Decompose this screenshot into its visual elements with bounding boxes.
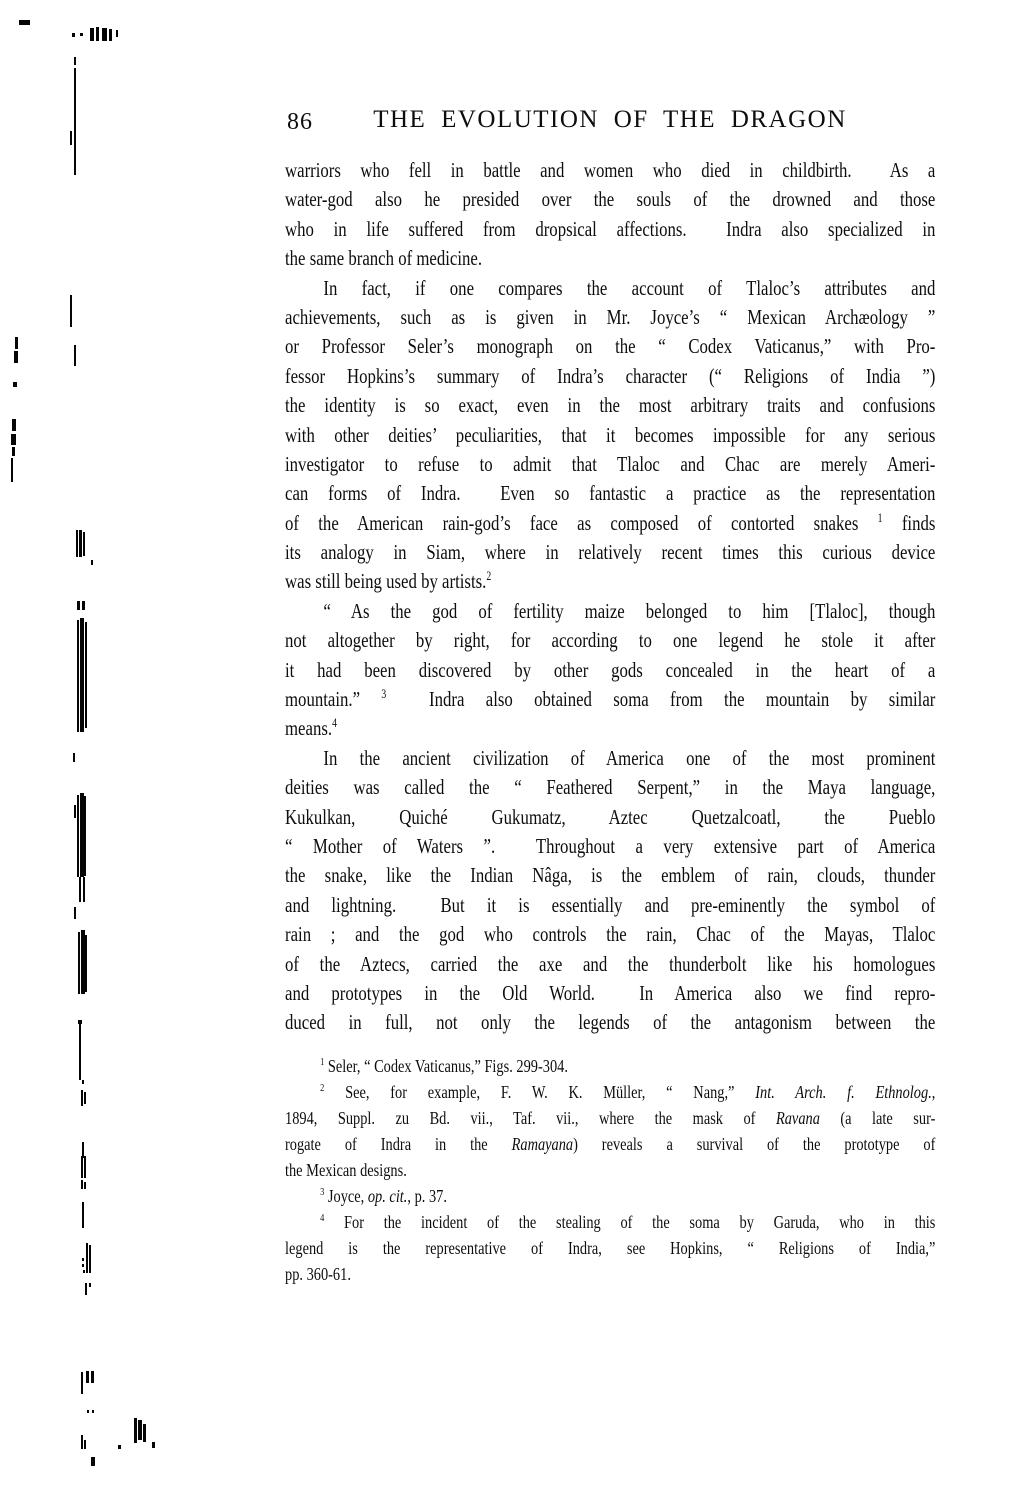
text-segment: of the American rain-god’s face as compo…: [285, 511, 878, 535]
scan-artifact: [19, 20, 30, 25]
scan-artifact: [77, 620, 79, 732]
para: “ As the god of fertility maize belonged…: [285, 597, 935, 744]
text-line: 3 Joyce, op. cit., p. 37.: [285, 1183, 935, 1209]
text-segment: For the incident of the stealing of the …: [324, 1212, 935, 1232]
scan-artifact: [74, 57, 76, 65]
text-segment: was still being used by artists.: [285, 569, 486, 593]
scan-artifact: [83, 1270, 85, 1273]
scan-artifact: [74, 345, 76, 366]
text-column: warriors who fell in battle and women wh…: [285, 156, 935, 1287]
text-line: and lightning. But it is essentially and…: [285, 891, 935, 920]
page-title: THE EVOLUTION OF THE DRAGON: [285, 106, 935, 134]
scan-artifact: [11, 458, 13, 482]
scan-artifact: [92, 1410, 94, 1413]
text-segment: mountain.”: [285, 687, 381, 711]
text-segment: In fact, if one compares the account of …: [323, 276, 935, 300]
text-line: with other deities’ peculiarities, that …: [285, 421, 935, 450]
text-segment: duced in full, not only the legends of t…: [285, 1010, 935, 1034]
scan-artifact: [70, 295, 72, 327]
text-line: the identity is so exact, even in the mo…: [285, 391, 935, 420]
text-segment: Indra also obtained soma from the mounta…: [386, 687, 935, 711]
text-line: fessor Hopkins’s summary of Indra’s char…: [285, 362, 935, 391]
scan-artifact: [116, 30, 118, 37]
text-segment: it had been discovered by other gods con…: [285, 658, 935, 682]
text-segment: ,: [932, 1082, 936, 1102]
text-line: was still being used by artists.2: [285, 567, 935, 596]
scan-artifact: [79, 1022, 81, 1080]
scan-artifact: [87, 1410, 89, 1413]
text-line: “ Mother of Waters ”. Throughout a very …: [285, 832, 935, 861]
scan-artifact: [80, 618, 84, 732]
scan-artifact: [82, 1258, 84, 1261]
scan-artifact: [72, 33, 75, 37]
footnote: 3 Joyce, op. cit., p. 37.: [285, 1183, 935, 1209]
text-segment: In the ancient civilization of America o…: [323, 746, 935, 770]
text-line: 1894, Suppl. zu Bd. vii., Taf. vii., whe…: [285, 1105, 935, 1131]
scan-artifact: [79, 530, 82, 557]
text-segment: water-god also he presided over the soul…: [285, 187, 935, 211]
scan-artifact: [90, 28, 94, 41]
para: In the ancient civilization of America o…: [285, 744, 935, 1038]
text-line: investigator to refuse to admit that Tla…: [285, 450, 935, 479]
scan-artifact: [84, 1092, 86, 1104]
text-segment: Joyce,: [324, 1186, 368, 1206]
text-segment: achievements, such as is given in Mr. Jo…: [285, 305, 935, 329]
scan-artifact: [73, 753, 75, 762]
scan-artifact: [78, 932, 80, 994]
scan-artifact: [89, 1245, 91, 1273]
scan-artifact: [80, 33, 83, 36]
text-segment: fessor Hopkins’s summary of Indra’s char…: [285, 364, 935, 388]
scan-artifact: [76, 530, 78, 557]
text-line: the snake, like the Indian Nâga, is the …: [285, 861, 935, 890]
text-segment: investigator to refuse to admit that Tla…: [285, 452, 935, 476]
italic-text: Int. Arch. f. Ethnolog.: [755, 1082, 932, 1102]
scan-artifact: [84, 1182, 86, 1189]
italic-text: Ravana: [776, 1108, 820, 1128]
text-segment: with other deities’ peculiarities, that …: [285, 423, 935, 447]
scan-artifact: [74, 68, 76, 175]
scan-artifact: [82, 1264, 84, 1267]
text-segment: warriors who fell in battle and women wh…: [285, 158, 935, 182]
footnotes: 1 Seler, “ Codex Vaticanus,” Figs. 299-3…: [285, 1053, 935, 1287]
text-line: legend is the representative of Indra, s…: [285, 1235, 935, 1261]
text-line: or Professor Seler’s monograph on the “ …: [285, 332, 935, 361]
scan-artifact: [91, 1457, 95, 1466]
footnote-marker: 4: [332, 716, 337, 730]
scan-artifact: [138, 1420, 142, 1440]
text-line: can forms of Indra. Even so fantastic a …: [285, 479, 935, 508]
text-line: In fact, if one compares the account of …: [285, 274, 935, 303]
scan-artifact: [70, 131, 72, 145]
scan-artifact: [91, 1371, 94, 1383]
scan-artifact: [85, 622, 87, 728]
scan-artifact: [96, 27, 99, 41]
scan-artifact: [134, 1418, 137, 1443]
scan-artifact: [15, 337, 18, 349]
scan-artifact: [152, 1442, 155, 1448]
scan-artifact: [14, 351, 18, 363]
text-segment: Kukulkan, Quiché Gukumatz, Aztec Quetzal…: [285, 805, 935, 829]
text-segment: 1894, Suppl. zu Bd. vii., Taf. vii., whe…: [285, 1108, 776, 1128]
scan-artifact: [74, 907, 76, 919]
footnote: 1 Seler, “ Codex Vaticanus,” Figs. 299-3…: [285, 1053, 935, 1079]
text-segment: finds: [883, 511, 936, 535]
text-segment: ) reveals a survival of the prototype of: [573, 1134, 935, 1154]
scan-artifact: [74, 805, 76, 818]
text-segment: rain ; and the god who controls the rain…: [285, 922, 935, 946]
scan-artifact: [86, 1243, 88, 1273]
text-line: pp. 360-61.: [285, 1261, 935, 1287]
text-segment: See, for example, F. W. K. Müller, “ Nan…: [324, 1082, 755, 1102]
text-line: and prototypes in the Old World. In Amer…: [285, 979, 935, 1008]
scan-artifact: [102, 28, 107, 41]
text-line: of the American rain-god’s face as compo…: [285, 509, 935, 538]
text-segment: Seler, “ Codex Vaticanus,” Figs. 299-304…: [324, 1056, 568, 1076]
scanned-book-page: 86 THE EVOLUTION OF THE DRAGON warriors …: [0, 0, 1015, 1493]
text-segment: , p. 37.: [407, 1186, 447, 1206]
text-line: 1 Seler, “ Codex Vaticanus,” Figs. 299-3…: [285, 1053, 935, 1079]
scan-artifact: [85, 935, 87, 992]
scan-artifact: [77, 795, 79, 877]
scan-artifact: [109, 29, 112, 41]
text-segment: or Professor Seler’s monograph on the “ …: [285, 334, 935, 358]
scan-artifact: [91, 560, 93, 565]
text-line: mountain.” 3 Indra also obtained soma fr…: [285, 685, 935, 714]
text-line: of the Aztecs, carried the axe and the t…: [285, 950, 935, 979]
text-segment: who in life suffered from dropsical affe…: [285, 217, 935, 241]
text-segment: rogate of Indra in the: [285, 1134, 512, 1154]
text-segment: of the Aztecs, carried the axe and the t…: [285, 952, 935, 976]
text-segment: the snake, like the Indian Nâga, is the …: [285, 863, 935, 887]
scan-artifact: [83, 532, 85, 556]
scan-artifact: [79, 877, 81, 902]
text-segment: the Mexican designs.: [285, 1160, 407, 1180]
scan-artifact: [77, 601, 80, 610]
text-segment: “ As the god of fertility maize belonged…: [323, 599, 935, 623]
text-segment: and prototypes in the Old World. In Amer…: [285, 981, 935, 1005]
text-segment: (a late sur-: [820, 1108, 935, 1128]
text-line: deities was called the “ Feathered Serpe…: [285, 773, 935, 802]
text-line: In the ancient civilization of America o…: [285, 744, 935, 773]
scan-artifact: [83, 877, 85, 902]
text-line: “ As the god of fertility maize belonged…: [285, 597, 935, 626]
text-segment: the same branch of medicine.: [285, 246, 482, 270]
text-line: duced in full, not only the legends of t…: [285, 1008, 935, 1037]
text-line: water-god also he presided over the soul…: [285, 185, 935, 214]
text-segment: pp. 360-61.: [285, 1264, 351, 1284]
scan-artifact: [84, 796, 86, 876]
text-segment: not altogether by right, for according t…: [285, 628, 935, 652]
scan-artifact: [85, 1283, 87, 1295]
scan-artifact: [82, 1202, 84, 1228]
scan-artifact: [118, 1445, 121, 1449]
text-segment: deities was called the “ Feathered Serpe…: [285, 775, 935, 799]
scan-artifact: [81, 1090, 83, 1106]
page-header: 86 THE EVOLUTION OF THE DRAGON: [285, 106, 935, 140]
text-line: the same branch of medicine.: [285, 244, 935, 273]
scan-artifact: [13, 382, 17, 387]
text-segment: the identity is so exact, even in the mo…: [285, 393, 935, 417]
text-line: warriors who fell in battle and women wh…: [285, 156, 935, 185]
text-line: 4 For the incident of the stealing of th…: [285, 1209, 935, 1235]
text-line: rogate of Indra in the Ramayana) reveals…: [285, 1131, 935, 1157]
text-line: the Mexican designs.: [285, 1157, 935, 1183]
italic-text: op. cit.: [368, 1186, 408, 1206]
para: In fact, if one compares the account of …: [285, 274, 935, 597]
scan-artifact: [81, 1180, 83, 1189]
text-line: not altogether by right, for according t…: [285, 626, 935, 655]
scan-artifact: [12, 419, 16, 431]
scan-artifact: [81, 1372, 83, 1394]
italic-text: Ramayana: [512, 1134, 574, 1154]
text-segment: legend is the representative of Indra, s…: [285, 1238, 935, 1258]
footnote: 4 For the incident of the stealing of th…: [285, 1209, 935, 1287]
para: warriors who fell in battle and women wh…: [285, 156, 935, 274]
text-line: who in life suffered from dropsical affe…: [285, 215, 935, 244]
scan-artifact: [82, 601, 85, 610]
text-segment: means.: [285, 716, 332, 740]
scan-artifact: [11, 434, 16, 445]
text-segment: and lightning. But it is essentially and…: [285, 893, 935, 917]
text-line: means.4: [285, 714, 935, 743]
scan-artifact: [82, 1080, 84, 1084]
footnote: 2 See, for example, F. W. K. Müller, “ N…: [285, 1079, 935, 1183]
scan-artifact: [143, 1424, 146, 1442]
scan-artifact: [84, 1440, 86, 1449]
text-line: achievements, such as is given in Mr. Jo…: [285, 303, 935, 332]
scan-artifact: [81, 1156, 83, 1178]
text-segment: can forms of Indra. Even so fantastic a …: [285, 481, 935, 505]
scan-artifact: [84, 1156, 86, 1178]
scan-artifact: [81, 1435, 83, 1449]
text-segment: its analogy in Siam, where in relatively…: [285, 540, 935, 564]
text-line: it had been discovered by other gods con…: [285, 656, 935, 685]
scan-artifact: [86, 1371, 89, 1383]
text-line: 2 See, for example, F. W. K. Müller, “ N…: [285, 1079, 935, 1105]
text-segment: “ Mother of Waters ”. Throughout a very …: [285, 834, 935, 858]
scan-artifact: [89, 1283, 91, 1287]
text-line: its analogy in Siam, where in relatively…: [285, 538, 935, 567]
body-text: warriors who fell in battle and women wh…: [285, 156, 935, 1038]
scan-artifact: [12, 447, 15, 456]
text-line: rain ; and the god who controls the rain…: [285, 920, 935, 949]
text-line: Kukulkan, Quiché Gukumatz, Aztec Quetzal…: [285, 803, 935, 832]
footnote-marker: 2: [486, 569, 491, 583]
